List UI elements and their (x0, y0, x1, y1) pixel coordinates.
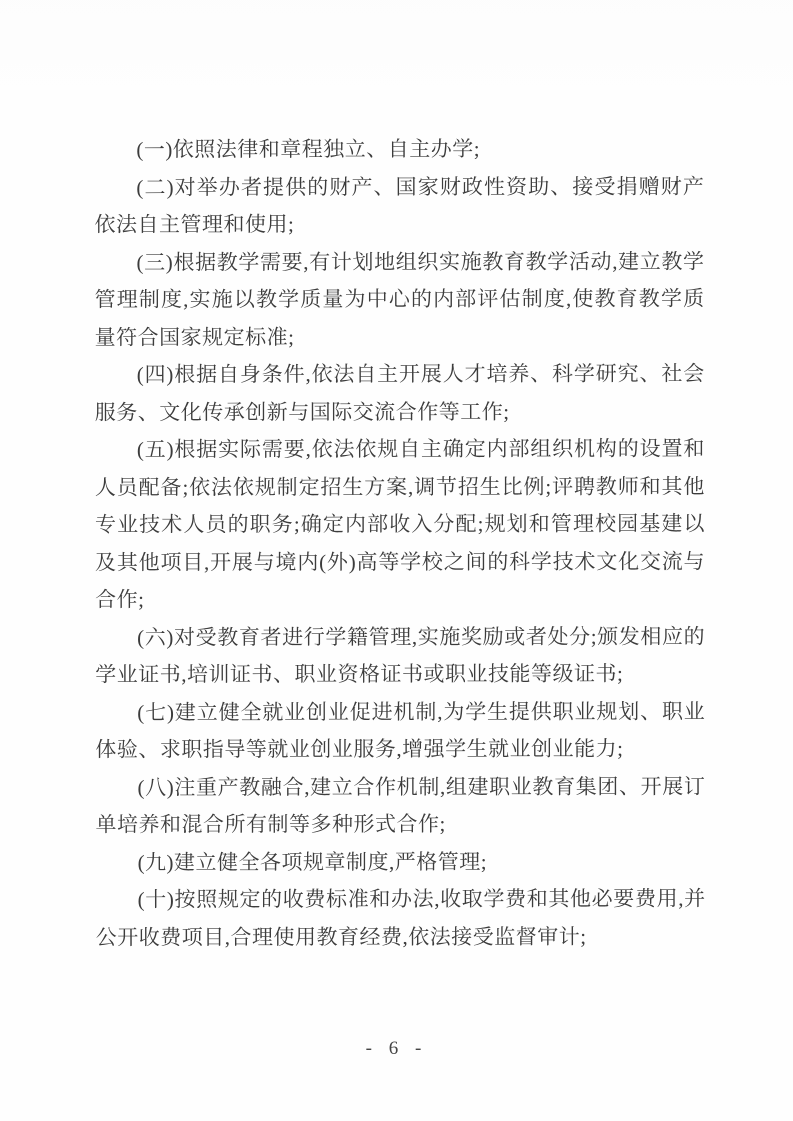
list-item-4: (四)根据自身条件,依法自主开展人才培养、科学研究、社会服务、文化传承创新与国际… (95, 355, 705, 431)
list-item-7: (七)建立健全就业创业促进机制,为学生提供职业规划、职业体验、求职指导等就业创业… (95, 693, 705, 769)
list-item-2: (二)对举办者提供的财产、国家财政性资助、接受捐赠财产依法自主管理和使用; (94, 168, 704, 244)
list-item-3: (三)根据教学需要,有计划地组织实施教育教学活动,建立教学管理制度,实施以教学质… (94, 243, 704, 357)
list-item-1: (一)依照法律和章程独立、自主办学; (94, 130, 704, 169)
document-page: (一)依照法律和章程独立、自主办学; (二)对举办者提供的财产、国家财政性资助、… (0, 0, 793, 1121)
list-item-8: (八)注重产教融合,建立合作机制,组建职业教育集团、开展订单培养和混合所有制等多… (95, 768, 705, 844)
list-item-10: (十)按照规定的收费标准和办法,收取学费和其他必要费用,并公开收费项目,合理使用… (96, 880, 706, 956)
document-body: (一)依照法律和章程独立、自主办学; (二)对举办者提供的财产、国家财政性资助、… (94, 130, 705, 956)
page-number: - 6 - (0, 1038, 793, 1060)
list-item-5: (五)根据实际需要,依法依规自主确定内部组织机构的设置和人员配备;依法依规制定招… (95, 430, 705, 619)
list-item-9: (九)建立健全各项规章制度,严格管理; (96, 843, 706, 882)
list-item-6: (六)对受教育者进行学籍管理,实施奖励或者处分;颁发相应的学业证书,培训证书、职… (95, 618, 705, 694)
